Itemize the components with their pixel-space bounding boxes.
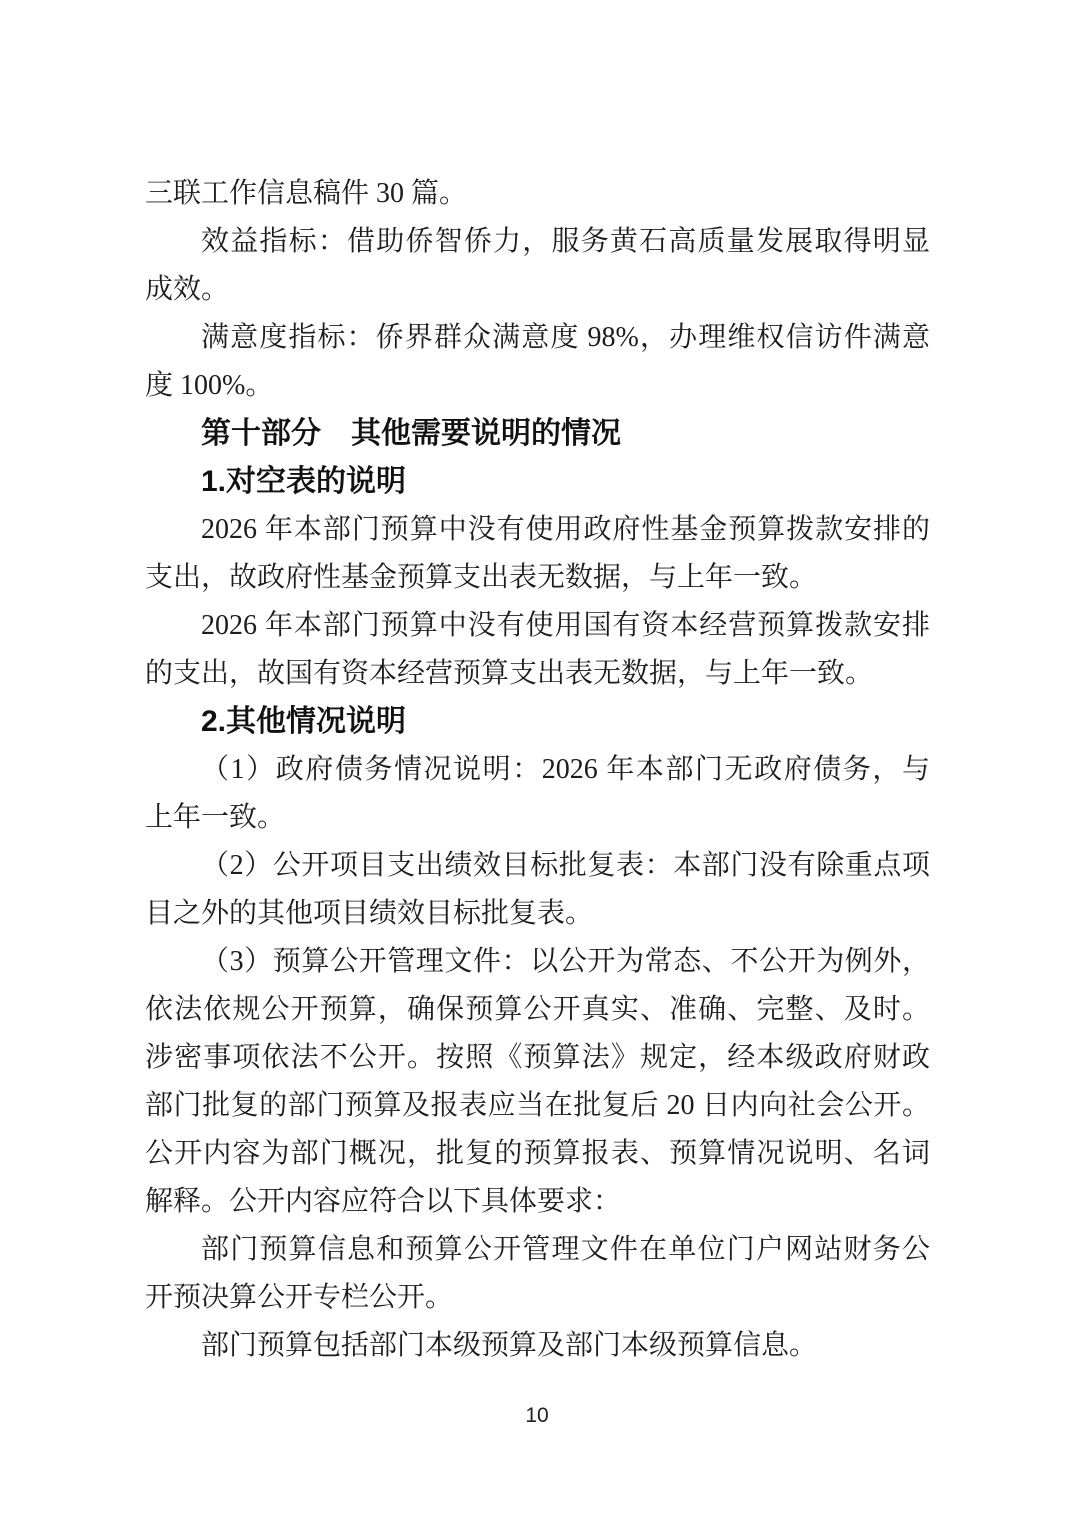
- body-line: 成效。: [145, 266, 930, 314]
- body-line: 满意度指标：侨界群众满意度 98%，办理维权信访件满意: [145, 314, 930, 362]
- page-number: 10: [525, 1404, 548, 1427]
- subsection-heading-2: 2.其他情况说明: [145, 698, 930, 746]
- body-line: 效益指标：借助侨智侨力，服务黄石高质量发展取得明显: [145, 218, 930, 266]
- body-line: 2026 年本部门预算中没有使用国有资本经营预算拨款安排: [145, 602, 930, 650]
- body-line: （1）政府债务情况说明：2026 年本部门无政府债务，与: [145, 746, 930, 794]
- body-line: 依法依规公开预算，确保预算公开真实、准确、完整、及时。: [145, 986, 930, 1034]
- body-line: 支出，故政府性基金预算支出表无数据，与上年一致。: [145, 554, 930, 602]
- body-line: 解释。公开内容应符合以下具体要求：: [145, 1178, 930, 1226]
- document-page: 三联工作信息稿件 30 篇。 效益指标：借助侨智侨力，服务黄石高质量发展取得明显…: [0, 0, 1074, 1520]
- body-line: 目之外的其他项目绩效目标批复表。: [145, 890, 930, 938]
- body-line: 公开内容为部门概况，批复的预算报表、预算情况说明、名词: [145, 1130, 930, 1178]
- page-footer: 10: [0, 1404, 1074, 1428]
- section-heading: 第十部分 其他需要说明的情况: [145, 410, 930, 458]
- body-line: 三联工作信息稿件 30 篇。: [145, 170, 930, 218]
- body-line: 度 100%。: [145, 362, 930, 410]
- page-body: 三联工作信息稿件 30 篇。 效益指标：借助侨智侨力，服务黄石高质量发展取得明显…: [145, 170, 930, 1370]
- subsection-heading-1: 1.对空表的说明: [145, 458, 930, 506]
- body-line: 部门批复的部门预算及报表应当在批复后 20 日内向社会公开。: [145, 1082, 930, 1130]
- body-line: 部门预算包括部门本级预算及部门本级预算信息。: [145, 1322, 930, 1370]
- body-line: 上年一致。: [145, 794, 930, 842]
- body-line: 涉密事项依法不公开。按照《预算法》规定，经本级政府财政: [145, 1034, 930, 1082]
- body-line: （2）公开项目支出绩效目标批复表：本部门没有除重点项: [145, 842, 930, 890]
- body-line: 的支出，故国有资本经营预算支出表无数据，与上年一致。: [145, 650, 930, 698]
- body-line: 开预决算公开专栏公开。: [145, 1274, 930, 1322]
- body-line: 2026 年本部门预算中没有使用政府性基金预算拨款安排的: [145, 506, 930, 554]
- body-line: （3）预算公开管理文件：以公开为常态、不公开为例外，: [145, 938, 930, 986]
- body-line: 部门预算信息和预算公开管理文件在单位门户网站财务公: [145, 1226, 930, 1274]
